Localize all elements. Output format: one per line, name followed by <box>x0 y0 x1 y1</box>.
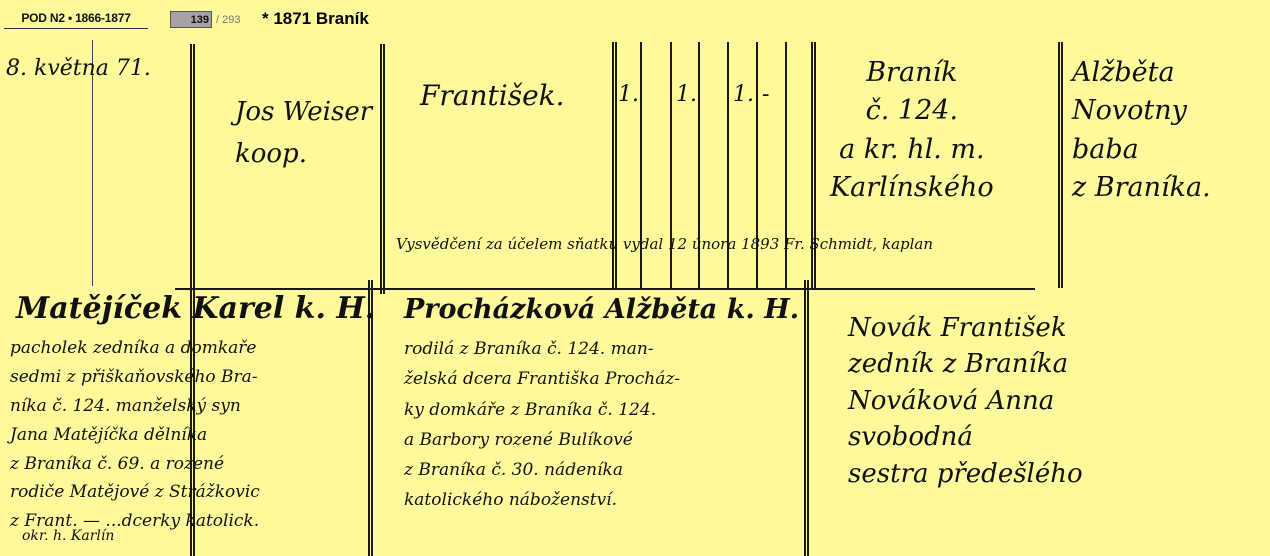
godparents: Novák František zedník z Braníka Novákov… <box>848 310 1083 492</box>
legitimacy-mark-1: 1. <box>618 82 639 107</box>
column-divider <box>380 44 385 294</box>
baptizer: Jos Weiser koop. <box>235 92 372 175</box>
record-title: * 1871 Braník <box>262 9 369 29</box>
page-total: / 293 <box>216 14 240 26</box>
father-name: Matějíček Karel k. H. <box>16 292 375 327</box>
legitimacy-mark-4: - <box>762 82 769 107</box>
collection-label[interactable]: POD N2 • 1866-1877 <box>4 11 148 29</box>
marginal-note: Vysvědčení za účelem sňatku vydal 12 úno… <box>396 236 933 253</box>
house-address: Braník č. 124. a kr. hl. m. Karlínského <box>830 54 994 207</box>
legitimacy-mark-3: 1. <box>733 82 754 107</box>
row-divider <box>175 288 1035 290</box>
mother-details: rodilá z Braníka č. 124. man- želská dce… <box>404 334 680 516</box>
mother-name: Procházková Alžběta k. H. <box>404 294 799 325</box>
father-place: okr. h. Karlín <box>22 528 114 544</box>
page: POD N2 • 1866-1877 / 293 * 1871 Braník 8… <box>0 0 1270 556</box>
birth-date: 8. května 71. <box>6 56 151 81</box>
child-name: František. <box>420 80 565 112</box>
father-details: pacholek zedníka a domkaře sedmi z přišk… <box>10 334 260 536</box>
page-number-input[interactable] <box>170 11 212 28</box>
register-scan: 8. května 71. Jos Weiser koop. František… <box>0 34 1270 556</box>
page-navigator: / 293 <box>170 11 240 28</box>
column-divider <box>1058 42 1063 288</box>
midwife: Alžběta Novotny baba z Braníka. <box>1072 54 1211 207</box>
column-divider <box>804 280 809 556</box>
legitimacy-mark-2: 1. <box>676 82 697 107</box>
